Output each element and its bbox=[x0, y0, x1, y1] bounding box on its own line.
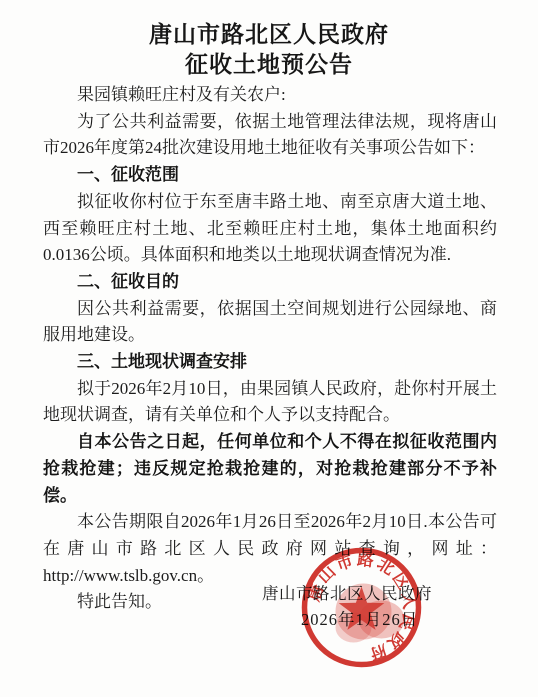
announcement-page: 唐山市路北区人民政府 征收土地预公告 果园镇赖旺庄村及有关农户: 为了公共利益需… bbox=[0, 0, 538, 697]
paragraph-body: 为了公共利益需要，依据土地管理法律法规，现将唐山市2026年度第24批次建设用地… bbox=[43, 109, 497, 162]
title-line-1: 唐山市路北区人民政府 bbox=[0, 19, 538, 49]
signature-date: 2026年1月26日 bbox=[301, 606, 418, 630]
title-line-2: 征收土地预公告 bbox=[0, 49, 538, 79]
paragraph-heading: 三、土地现状调查安排 bbox=[43, 349, 497, 376]
salutation: 果园镇赖旺庄村及有关农户: bbox=[43, 82, 497, 109]
signature-organization: 唐山市路北区人民政府 bbox=[262, 580, 432, 604]
paragraph-heading: 一、征收范围 bbox=[43, 162, 497, 189]
document-body: 果园镇赖旺庄村及有关农户: 为了公共利益需要，依据土地管理法律法规，现将唐山市2… bbox=[43, 82, 497, 616]
document-title: 唐山市路北区人民政府 征收土地预公告 bbox=[0, 19, 538, 79]
paragraph-body: 拟征收你村位于东至唐丰路土地、南至京唐大道土地、西至赖旺庄村土地、北至赖旺庄村土… bbox=[43, 189, 497, 269]
paragraph-body: 拟于2026年2月10日，由果园镇人民政府，赴你村开展土地现状调查，请有关单位和… bbox=[43, 376, 497, 429]
paragraph-body: 本公告期限自2026年1月26日至2026年2月10日.本公告可在唐山市路北区人… bbox=[43, 509, 497, 589]
paragraph-body: 因公共利益需要，依据国土空间规划进行公园绿地、商服用地建设。 bbox=[43, 296, 497, 349]
paragraph-heading: 二、征收目的 bbox=[43, 269, 497, 296]
paragraph-bold: 自本公告之日起，任何单位和个人不得在拟征收范围内抢栽抢建；违反规定抢栽抢建的，对… bbox=[43, 429, 497, 509]
